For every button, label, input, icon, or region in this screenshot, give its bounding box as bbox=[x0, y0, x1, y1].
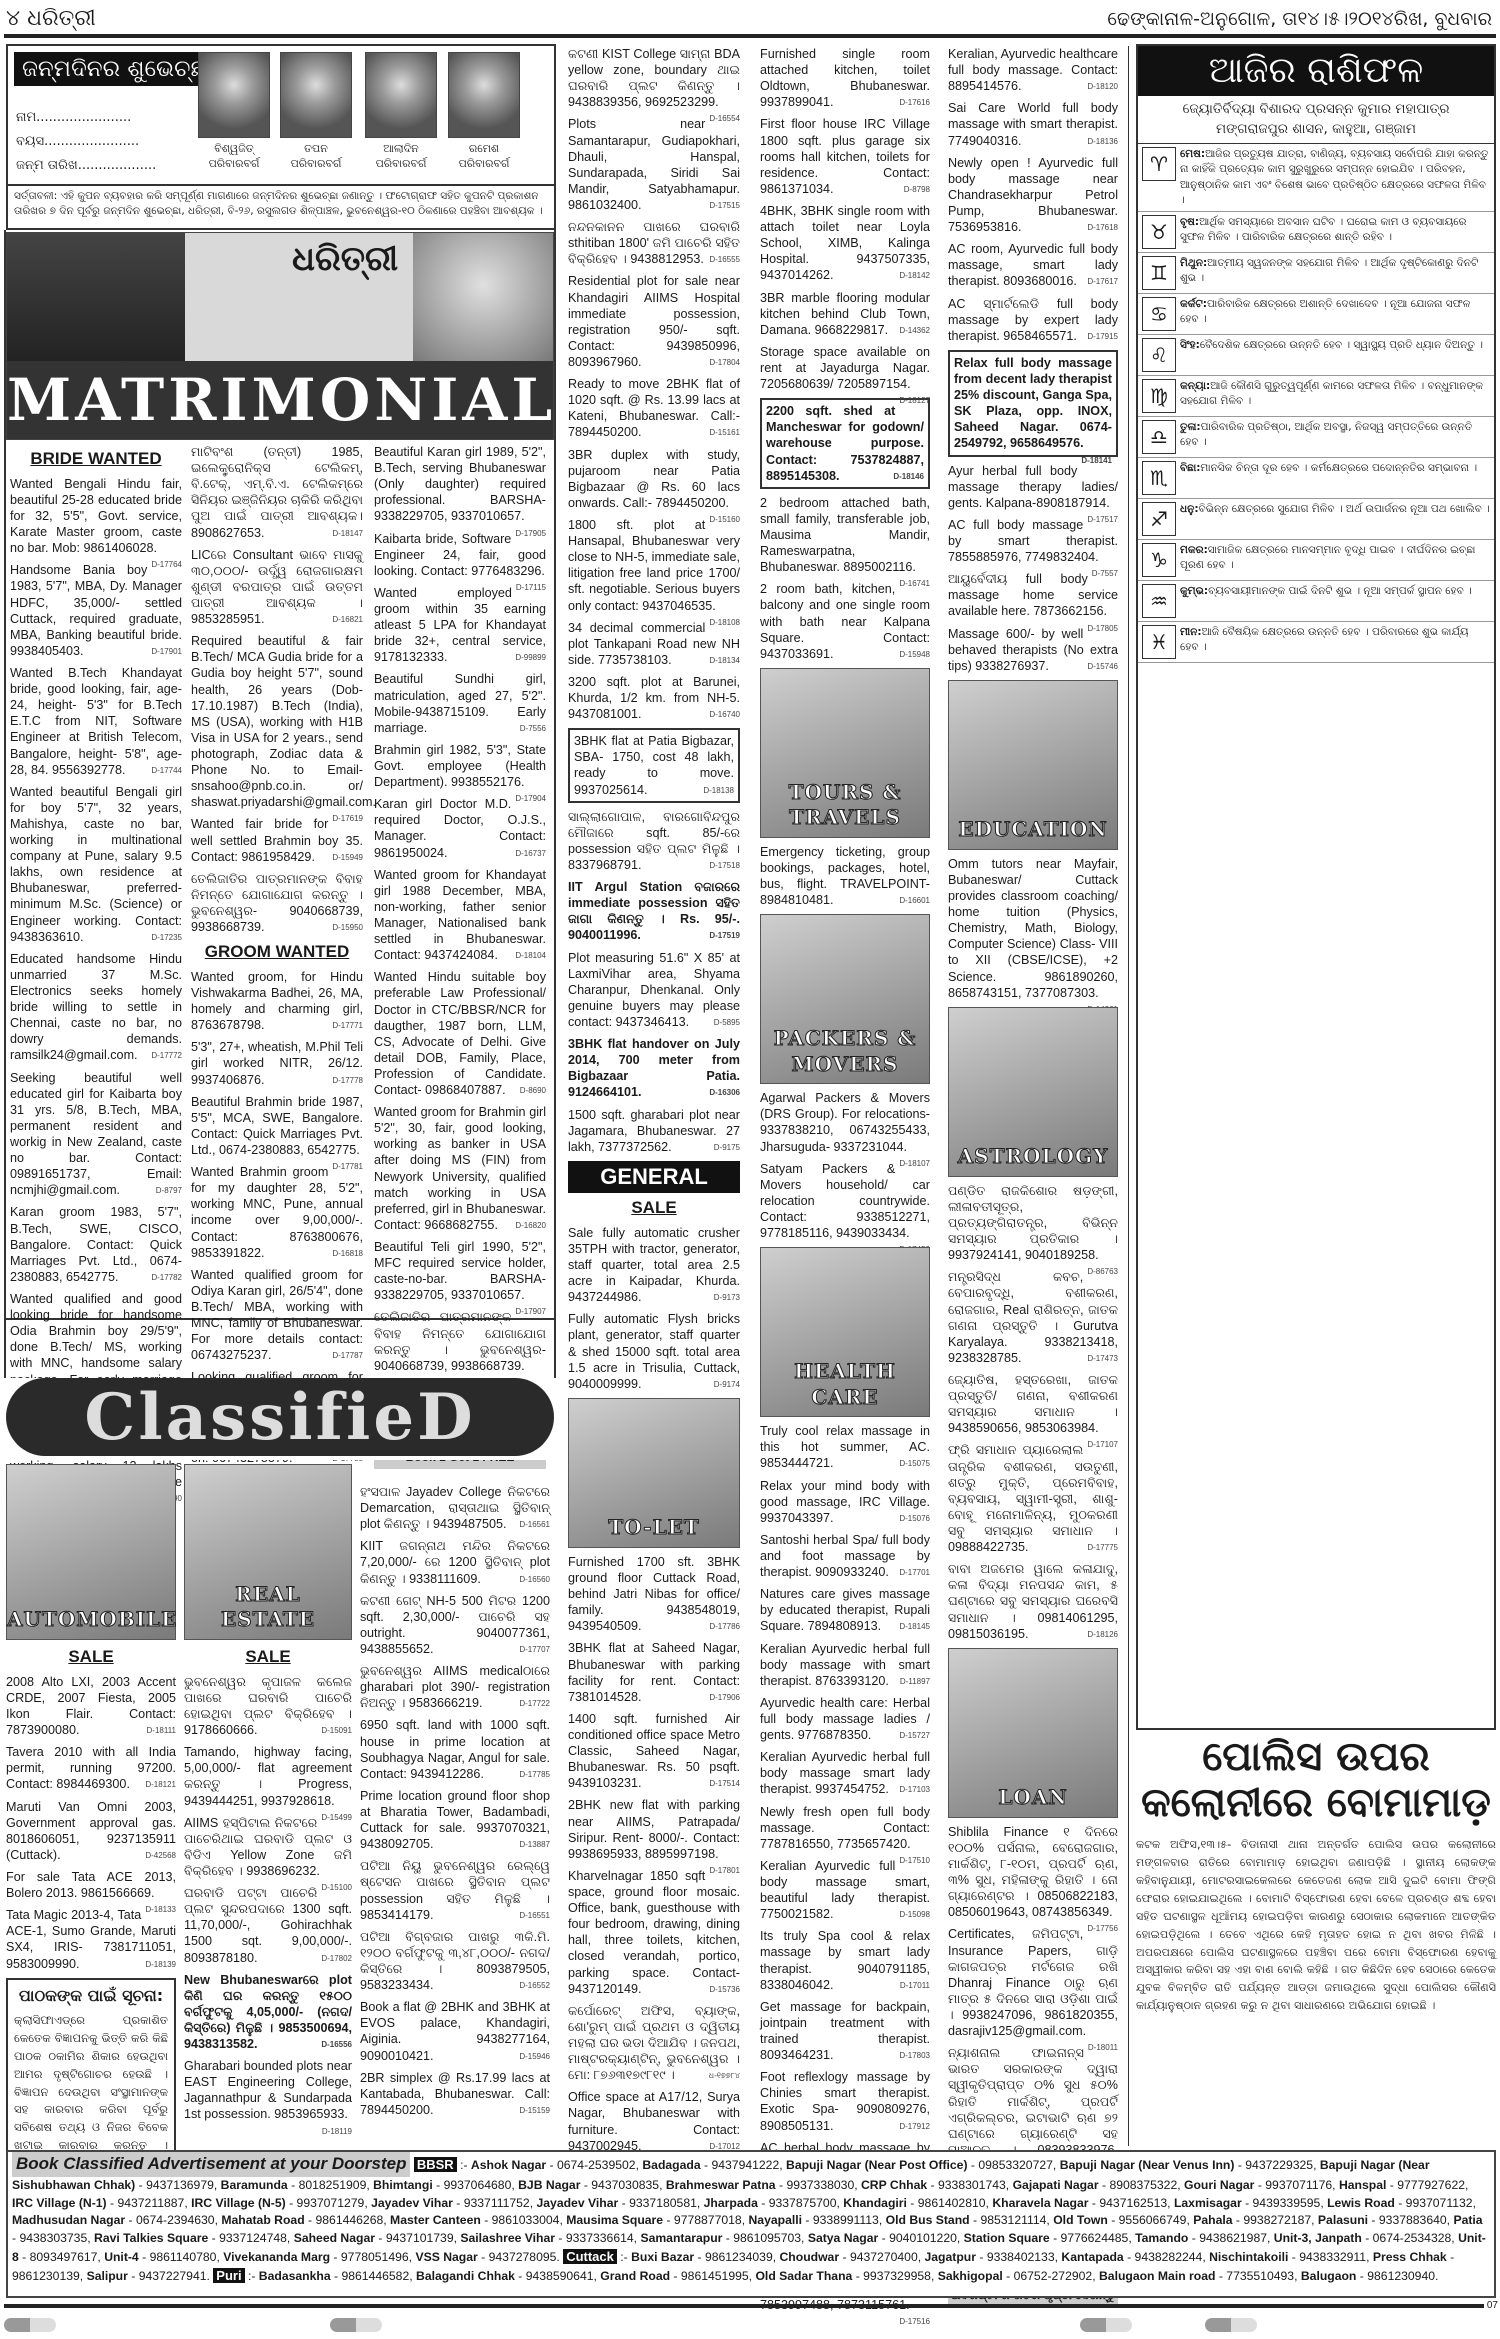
classified-ad: 6950 sqft. land with 1000 sqft. house in… bbox=[360, 1717, 550, 1781]
centre-name: Buxi Bazar bbox=[631, 2250, 694, 2264]
classified-ad: Wanted Bengali Hindu fair, beautiful 25-… bbox=[10, 476, 182, 557]
ad-code: D-7556 bbox=[520, 720, 546, 738]
centre-phone: 9556066749 bbox=[1119, 2213, 1187, 2227]
avatar bbox=[365, 52, 437, 138]
tours-caption: TOURS & TRAVELS bbox=[761, 780, 929, 831]
ad-code: D-17785 bbox=[519, 1766, 550, 1784]
ad-code: D-15159 bbox=[519, 2102, 550, 2120]
centre-phone: 8908375322 bbox=[1109, 2178, 1177, 2192]
birthday-title: ଜନ୍ମଦିନର ଶୁଭେଚ୍ଛା bbox=[14, 52, 218, 86]
ad-code: D-15091 bbox=[321, 1722, 352, 1740]
centre-name: Sakhigopal bbox=[938, 2269, 1003, 2283]
classified-ad: Fully automatic Flysh bricks plant, gene… bbox=[568, 1311, 740, 1392]
ad-code: D-15746 bbox=[1087, 658, 1118, 676]
sign-prediction: ବୈଦେଶିକ କ୍ଷେତ୍ରରେ ଉନ୍ନତି ହେବ । ସ୍ୱାସ୍ଥ୍ୟ… bbox=[1200, 339, 1483, 351]
ad-code: D-16561 bbox=[519, 1516, 550, 1534]
avatar bbox=[448, 52, 520, 138]
sign-prediction: ଆତ୍ମୀୟ ସ୍ୱଜନଙ୍କ ସହଯୋଗ ମିଳିବ । ଆର୍ଥିକ ଦୃଷ… bbox=[1180, 257, 1478, 284]
ad-text: Wanted Bengali Hindu fair, beautiful 25-… bbox=[10, 477, 182, 555]
centre-name: Unit-4 bbox=[104, 2250, 139, 2264]
classified-ad: ଭୁବନେଶ୍ୱର କୃପାଜଳ କଲେଜ ପାଖରେ ଘରବାରି ପାଚେର… bbox=[184, 1674, 352, 1738]
astrology-image: ASTROLOGY bbox=[948, 1007, 1118, 1177]
horoscope-title: ଆଜିର ରାଶିଫଳ bbox=[1138, 46, 1494, 96]
sign-prediction: ଆର୍ଥିକ ସମସ୍ୟାରେ ଅବସାନ ଘଟିବ । ଘରୋଇ କାମ ଓ … bbox=[1180, 216, 1466, 243]
centre-name: Jayadev Vihar bbox=[371, 2196, 453, 2210]
sign-text: ବୃଷ:ଆର୍ଥିକ ସମସ୍ୟାରେ ଅବସାନ ଘଟିବ । ଘରୋଇ କା… bbox=[1180, 215, 1490, 249]
centre-phone: 9861230139 bbox=[12, 2269, 80, 2283]
classified-ad: ଘରବାଡି ପଟ୍ଟା ପାଚେରି ପ୍ଲଟ ସୁନ୍ଦରପଦାରେ 130… bbox=[184, 1885, 352, 1966]
ad-code: D-15499 bbox=[321, 1809, 352, 1827]
ad-code: ଧ-୧୭୭୮୪ bbox=[709, 2067, 740, 2085]
person-family: ପରିବାରବର୍ଗ bbox=[188, 157, 280, 172]
sign-name: ସିଂହ: bbox=[1180, 339, 1200, 351]
centre-phone: 9861230940 bbox=[1367, 2269, 1435, 2283]
centre-name: Jharpada bbox=[704, 2196, 758, 2210]
ad-code: D-18147 bbox=[332, 525, 363, 543]
centre-name: Salipur bbox=[87, 2269, 128, 2283]
ad-code: D-42568 bbox=[145, 1847, 176, 1865]
classified-ad: Santoshi herbal Spa/ full body and foot … bbox=[760, 1532, 930, 1580]
classified-ad: 3200 sqft. plot at Barunei, Khurda, 1/2 … bbox=[568, 674, 740, 722]
region-tag-cuttack: Cuttack bbox=[563, 2249, 617, 2264]
person-name: ତପନ bbox=[270, 142, 362, 157]
centre-phone: 9437162513 bbox=[1099, 2196, 1167, 2210]
twins-icon: ♊ bbox=[1142, 256, 1176, 290]
sign-name: ମକର: bbox=[1180, 544, 1208, 556]
centre-name: Lewis Road bbox=[1327, 2196, 1395, 2210]
classified-ad: 2BR simplex @ Rs.17.99 lacs at Kantabada… bbox=[360, 2070, 550, 2118]
centre-phone: 9437101739 bbox=[386, 2231, 454, 2245]
ad-code: D-17781 bbox=[332, 1158, 363, 1176]
classified-ad: For sale Tata ACE 2013, Bolero 2013. 986… bbox=[6, 1869, 176, 1901]
person-family: ପରିବାରବର୍ଗ bbox=[438, 157, 530, 172]
classified-ad: Wanted employed groom within 35 earning … bbox=[374, 585, 546, 666]
rent-column: Furnished single room attached kitchen, … bbox=[760, 46, 930, 2331]
classified-ad: ସାଲ୍ଲାଗୋପାଳ, ବାରଗୋବିନ୍ଦପୁର ମୌଜାରେ sqft. … bbox=[568, 809, 740, 873]
classified-ad: Ready to move 2BHK flat of 1020 sqft. @ … bbox=[568, 376, 740, 440]
bride-wanted-heading: BRIDE WANTED bbox=[10, 448, 182, 470]
scales-icon: ♎ bbox=[1142, 420, 1176, 454]
ad-text: 1800 sft. plot at Hansapal, Bhubaneswar … bbox=[568, 518, 740, 613]
classified-ad: Sale fully automatic crusher 35TPH with … bbox=[568, 1225, 740, 1306]
classified-ad: Beautiful Brahmin bride 1987, 5'5", MCA,… bbox=[191, 1094, 363, 1158]
centre-phone: 9338402133 bbox=[987, 2250, 1055, 2264]
horoscope-sign: ♌ସିଂହ:ବୈଦେଶିକ କ୍ଷେତ୍ରରେ ଉନ୍ନତି ହେବ । ସ୍ୱ… bbox=[1138, 335, 1494, 376]
classified-ad: AC ସ୍ମାର୍ଟଲେଡି full body massage by expe… bbox=[948, 296, 1118, 344]
ad-text: Wanted groom for Brahmin girl 5'2", 30, … bbox=[374, 1105, 546, 1232]
packers-image: PACKERS & MOVERS bbox=[760, 914, 930, 1084]
birthday-coupon: ଜନ୍ମଦିନର ଶୁଭେଚ୍ଛା ନାମ...................… bbox=[6, 44, 556, 230]
classified-ad: Agarwal Packers & Movers (DRS Group). Fo… bbox=[760, 1090, 930, 1154]
centre-name: Gajapati Nagar bbox=[1013, 2178, 1099, 2192]
ad-code: D-16741 bbox=[899, 575, 930, 593]
classified-ad: Newly fresh open full body massage. Cont… bbox=[760, 1804, 930, 1852]
ad-text: କଟଣୀ KIST College ସାମ୍ନା BDA yellow zone… bbox=[568, 47, 740, 109]
classified-ad: 3BR duplex with study, pujaroom near Pat… bbox=[568, 447, 740, 511]
ad-code: D-17772 bbox=[151, 1047, 182, 1065]
classified-ad: Tamando, highway facing, 5,00,000/- flat… bbox=[184, 1744, 352, 1808]
ad-code: D-99899 bbox=[515, 649, 546, 667]
sign-prediction: ବ୍ୟବସାୟୀମାନଙ୍କ ପାଇଁ ଦିନଟି ଶୁଭ । ନୂଆ ସମ୍ପ… bbox=[1208, 585, 1472, 597]
classified-ad: New Bhubaneswarରେ plot କିଣି ଘର କରନ୍ତୁ ୧୫… bbox=[184, 1972, 352, 2053]
ad-code: D-17906 bbox=[709, 1689, 740, 1707]
sign-text: ଧନୁ:ବିଭିନ୍ନ କ୍ଷେତ୍ରରେ ସୁଯୋଗ ମିଳିବ । ଅର୍ଥ… bbox=[1180, 502, 1490, 536]
sign-prediction: ଆଜି ବୈଷୟିକ କ୍ଷେତ୍ରରେ ଉନ୍ନତି ହେବ । ପରିବାର… bbox=[1180, 626, 1469, 653]
ad-code: D-18126 bbox=[1087, 1626, 1118, 1644]
massage-column: Keralian, Ayurvedic healthcare full body… bbox=[948, 46, 1118, 2307]
classified-title: ClassifieD bbox=[6, 1378, 554, 1456]
avatar bbox=[198, 52, 270, 138]
centre-phone: 9778877018 bbox=[674, 2213, 742, 2227]
ad-text: Beautiful Brahmin bride 1987, 5'5", MCA,… bbox=[191, 1095, 363, 1157]
ad-code: D-17701 bbox=[899, 1564, 930, 1582]
classified-ad: Beautiful Teli girl 1990, 5'2", MFC requ… bbox=[374, 1239, 546, 1303]
ad-code: D-18104 bbox=[515, 947, 546, 965]
ad-text: Shiblila Finance ୧ ଦିନରେ ୧୦୦% ପର୍ସନାଲ, ବ… bbox=[948, 1825, 1118, 1920]
centre-phone: 9861095703 bbox=[733, 2231, 801, 2245]
classified-ad: 1400 sqft. furnished Air conditioned off… bbox=[568, 1711, 740, 1792]
centre-phone: 0674-2534328 bbox=[1373, 2231, 1452, 2245]
sign-text: କୁମ୍ଭ:ବ୍ୟବସାୟୀମାନଙ୍କ ପାଇଁ ଦିନଟି ଶୁଭ । ନୂ… bbox=[1180, 584, 1472, 618]
ad-code: D-17912 bbox=[899, 2118, 930, 2136]
centre-phone: 9337111752 bbox=[464, 2196, 530, 2210]
ad-text: Beautiful Karan girl 1989, 5'2", B.Tech,… bbox=[374, 445, 546, 523]
ad-code: D-18111 bbox=[147, 1722, 177, 1740]
classified-ad: Wanted groom for Khandayat girl 1988 Dec… bbox=[374, 867, 546, 964]
classified-ad: 2200 sqft. shed at Mancheswar for godown… bbox=[760, 398, 930, 489]
ad-code: D-15949 bbox=[332, 849, 363, 867]
centre-name: Khandagiri bbox=[843, 2196, 907, 2210]
centre-phone: 9861140780 bbox=[150, 2250, 217, 2264]
centre-phone: 9861451995 bbox=[681, 2269, 749, 2283]
ad-text: Ayur herbal full body massage therapy la… bbox=[948, 464, 1118, 510]
centre-phone: 9337124748 bbox=[219, 2231, 287, 2245]
ad-code: D-15161 bbox=[709, 424, 740, 442]
centre-name: Old Town bbox=[1053, 2213, 1108, 2227]
ad-code: D-17905 bbox=[515, 525, 546, 543]
ad-code: D-16552 bbox=[519, 1977, 550, 1995]
ad-text: Kharvelnagar 1850 sqft space, ground flo… bbox=[568, 1869, 740, 1996]
classified-ad: ମାଟିବଂଶ (ତନ୍ତୀ) 1985, ଇଲେକ୍ଟ୍ରୋନିକ୍ସ ଟେଲ… bbox=[191, 444, 363, 541]
registration-mark bbox=[4, 2318, 56, 2332]
horoscope-panel: ଆଜିର ରାଶିଫଳ ଜ୍ୟୋତିର୍ବିଦ୍ୟା ବିଶାରଦ ପ୍ରସନ୍… bbox=[1136, 44, 1496, 1730]
ad-code: D-16555 bbox=[709, 251, 740, 269]
centre-name: Bapuji Nagar (Near Venus Inn) bbox=[1060, 2158, 1235, 2172]
bride-photo bbox=[413, 233, 553, 363]
ad-code: D-17103 bbox=[899, 1781, 930, 1799]
centre-name: CRP Chhak bbox=[861, 2178, 927, 2192]
classified-ad: IIT Argul Station ବଜାରରେ immediate posse… bbox=[568, 879, 740, 943]
ad-code: D-17801 bbox=[709, 1862, 740, 1880]
news-article: ପୋଲିସ ଉପର କଲୋନୀରେ ବୋମାମାଡ଼ କଟକ ଅଫିସ,୧୩।୫… bbox=[1136, 1734, 1496, 2134]
centre-phone: 9437227941 bbox=[139, 2269, 207, 2283]
ad-code: D-18141 bbox=[1081, 452, 1112, 470]
classified-ad: Handsome Bania boy 1983, 5'7", MBA, Dy. … bbox=[10, 562, 182, 659]
ad-code: D-17756 bbox=[1087, 1920, 1118, 1938]
matrimonial-column-2: ମାଟିବଂଶ (ତନ୍ତୀ) 1985, ଇଲେକ୍ଟ୍ରୋନିକ୍ସ ଟେଲ… bbox=[191, 444, 363, 1472]
classified-ad: Ayur herbal full body massage therapy la… bbox=[948, 463, 1118, 511]
sign-text: ସିଂହ:ବୈଦେଶିକ କ୍ଷେତ୍ରରେ ଉନ୍ନତି ହେବ । ସ୍ୱା… bbox=[1180, 338, 1483, 372]
centre-name: Satya Nagar bbox=[808, 2231, 878, 2245]
ad-text: Storage space available on rent at Jayad… bbox=[760, 345, 930, 391]
ad-text: 2BHK new flat with parking near AIIMS, P… bbox=[568, 1798, 740, 1860]
real-estate-image: REAL ESTATE bbox=[184, 1464, 352, 1640]
centre-phone: 9337883640 bbox=[1379, 2213, 1447, 2227]
real-estate-column-2: ହଂସପାଳ Jayadev College ନିକଟରେ Demarcatio… bbox=[360, 1484, 550, 2124]
classified-ad: 2 room bath, kitchen, balcony and one si… bbox=[760, 581, 930, 662]
centre-name: Jagatpur bbox=[925, 2250, 976, 2264]
registration-mark bbox=[1205, 2318, 1257, 2332]
ad-text: Gharabari bounded plots near EAST Engine… bbox=[184, 2059, 352, 2121]
name-field: ନାମ....................... bbox=[16, 110, 131, 125]
ad-text: ଜ୍ୟୋତିଷ, ହସ୍ତରେଖା, ଜାତକ ପ୍ରସ୍ତୁତି/ ଗଣନା,… bbox=[948, 1373, 1118, 1435]
ad-code: D-17904 bbox=[515, 790, 546, 808]
ad-code: D-16551 bbox=[519, 1907, 550, 1925]
ad-text: Tamando, highway facing, 5,00,000/- flat… bbox=[184, 1745, 352, 1807]
classified-ad: 3BR marble flooring modular kitchen behi… bbox=[760, 290, 930, 338]
ad-text: Wanted Hindu suitable boy preferable Law… bbox=[374, 970, 546, 1097]
centre-phone: 9937064680 bbox=[444, 2178, 512, 2192]
ad-code: D-17764 bbox=[151, 556, 182, 574]
ad-code: D-17517 bbox=[1087, 511, 1118, 529]
ad-code: D-17510 bbox=[899, 1852, 930, 1870]
headline-line-1: ପୋଲିସ ଉପର bbox=[1136, 1734, 1496, 1780]
real-estate-column: REAL ESTATE SALE ଭୁବନେଶ୍ୱର କୃପାଜଳ କଲେଜ ପ… bbox=[184, 1464, 352, 2141]
sign-prediction: ଆଜି କୌଣସି ଗୁରୁତ୍ୱପୂର୍ଣ୍ଣ କାମରେ ସଫଳତା ମିଳ… bbox=[1180, 380, 1483, 407]
centre-phone: 9438303735 bbox=[19, 2231, 87, 2245]
ad-text: 3BR duplex with study, pujaroom near Pat… bbox=[568, 448, 740, 510]
ad-text: Required beautiful & fair B.Tech/ MCA Gu… bbox=[191, 634, 376, 809]
classified-ad: Maruti Van Omni 2003, Government approva… bbox=[6, 1799, 176, 1863]
centre-name: Sailashree Vihar bbox=[460, 2231, 555, 2245]
ad-code: D-16820 bbox=[515, 1217, 546, 1235]
classified-ad: Gharabari bounded plots near EAST Engine… bbox=[184, 2058, 352, 2122]
centre-name: Bhimtangi bbox=[373, 2178, 433, 2192]
ad-code: D-16554 bbox=[709, 110, 740, 128]
ad-code: D-17518 bbox=[709, 857, 740, 875]
person-caption: ଆଲାଦିନପରିବାରବର୍ଗ bbox=[355, 142, 447, 172]
centre-name: BJB Nagar bbox=[518, 2178, 580, 2192]
ad-code: D-8690 bbox=[520, 1082, 546, 1100]
classified-ad: Satyam Packers & Movers household/ car r… bbox=[760, 1161, 930, 1242]
packers-caption: PACKERS & MOVERS bbox=[761, 1026, 929, 1077]
centre-phone: 9437030835 bbox=[591, 2178, 659, 2192]
ad-code: D-17802 bbox=[321, 1950, 352, 1968]
ad-code: D-17235 bbox=[151, 929, 182, 947]
ad-code: D-17617 bbox=[1087, 273, 1118, 291]
scorpion-icon: ♏ bbox=[1142, 461, 1176, 495]
centre-phone: 9437229325 bbox=[1245, 2158, 1313, 2172]
sign-text: ବିଛା:ମାନସିକ ଚିନ୍ତା ଦୂର ହେବ । କର୍ମକ୍ଷେତ୍ର… bbox=[1180, 461, 1477, 495]
ad-code: D-17619 bbox=[332, 810, 363, 828]
archer-icon: ♐ bbox=[1142, 502, 1176, 536]
classified-ad: Its truly Spa cool & relax massage by sm… bbox=[760, 1928, 930, 1992]
horoscope-sign: ♍କନ୍ୟା:ଆଜି କୌଣସି ଗୁରୁତ୍ୱପୂର୍ଣ୍ଣ କାମରେ ସଫ… bbox=[1138, 376, 1494, 417]
centre-name: Ravi Talkies Square bbox=[94, 2231, 208, 2245]
centre-name: Patia bbox=[1453, 2213, 1482, 2227]
ad-code: D-17782 bbox=[151, 1269, 182, 1287]
horoscope-sign: ♋କର୍କଟ:ପାରିବାରିକ କ୍ଷେତ୍ରରେ ଅଶାନ୍ତି ଦେଖାଦ… bbox=[1138, 294, 1494, 335]
classified-ad: କର୍ପୋରେଟ୍ ଅଫିସ, ବ୍ୟାଙ୍କ, ଶୋ'ରୁମ୍ ପାଇଁ ପ୍… bbox=[568, 2003, 740, 2084]
centre-phone: 9861234039 bbox=[705, 2250, 773, 2264]
person-name: ରମେଶ bbox=[438, 142, 530, 157]
centre-name: Tamando bbox=[1135, 2231, 1188, 2245]
centre-name: Palasuni bbox=[1318, 2213, 1368, 2227]
centre-name: Balugaon bbox=[1301, 2269, 1357, 2283]
person-caption: ରମେଶପରିବାରବର୍ଗ bbox=[438, 142, 530, 172]
ad-code: D-18121 bbox=[145, 1776, 176, 1794]
ad-text: Agarwal Packers & Movers (DRS Group). Fo… bbox=[760, 1091, 930, 1153]
classified-ad: ନନ୍ଦନକାନନ ପାଖରେ ଘରବାରି sthitiban 1800' ଜ… bbox=[568, 219, 740, 267]
centre-name: Station Square bbox=[964, 2231, 1050, 2245]
automobile-caption: AUTOMOBILE bbox=[7, 1607, 175, 1633]
classified-ad: Residential plot for sale near Khandagir… bbox=[568, 273, 740, 370]
ad-code: D-17786 bbox=[709, 1618, 740, 1636]
ad-text: Beautiful Teli girl 1990, 5'2", MFC requ… bbox=[374, 1240, 546, 1302]
booking-centres-footer: Book Classified Advertisement at your Do… bbox=[6, 2150, 1496, 2298]
person-name: ବିଶ୍ୱଜିତ୍ bbox=[188, 142, 280, 157]
ad-code: D-16737 bbox=[515, 845, 546, 863]
centre-phone: 9437278095 bbox=[489, 2250, 557, 2264]
horoscope-sign: ♉ବୃଷ:ଆର୍ଥିକ ସମସ୍ୟାରେ ଅବସାନ ଘଟିବ । ଘରୋଇ କ… bbox=[1138, 212, 1494, 253]
centre-phone: 9337180581 bbox=[629, 2196, 697, 2210]
ad-code: D-18011 bbox=[1088, 2039, 1118, 2057]
bride-wanted-column: BRIDE WANTED Wanted Bengali Hindu fair, … bbox=[10, 444, 182, 1512]
horoscope-sign: ♓ମୀନ:ଆଜି ବୈଷୟିକ କ୍ଷେତ୍ରରେ ଉନ୍ନତି ହେବ । ପ… bbox=[1138, 622, 1494, 663]
ad-code: D-18142 bbox=[899, 267, 930, 285]
ad-code: D-18138 bbox=[703, 782, 734, 800]
centre-phone: 9040101220 bbox=[889, 2231, 957, 2245]
matrimonial-column-3: Beautiful Karan girl 1989, 5'2", B.Tech,… bbox=[374, 444, 546, 1469]
classified-ad: Newly open ! Ayurvedic full body massage… bbox=[948, 155, 1118, 236]
ad-text: ଫ୍ରି ସମାଧାନ ପ୍ୟାରେଲାଲ ତାନ୍ତ୍ରିକ ବଶୀକରଣ, … bbox=[948, 1443, 1118, 1554]
ad-code: D-17519 bbox=[709, 927, 740, 945]
ad-code: D-18134 bbox=[709, 652, 740, 670]
classified-ad: First floor house IRC Village 1800 sqft.… bbox=[760, 116, 930, 197]
ad-code: D-17515 bbox=[709, 197, 740, 215]
automobile-image: AUTOMOBILE bbox=[6, 1464, 176, 1640]
classified-ad: Relax full body massage from decent lady… bbox=[948, 350, 1118, 457]
centre-name: Balagandi Chhak bbox=[416, 2269, 515, 2283]
ad-text: For sale Tata ACE 2013, Bolero 2013. 986… bbox=[6, 1870, 176, 1900]
classified-ad: 3BHK flat at Patia Bigbazar, SBA- 1750, … bbox=[568, 728, 740, 802]
region-tag-puri: Puri bbox=[213, 2268, 244, 2283]
classified-ad: Sai Care World full body massage with sm… bbox=[948, 100, 1118, 148]
centre-phone: 9338301743 bbox=[938, 2178, 1006, 2192]
centre-phone: 9338991113 bbox=[813, 2213, 879, 2227]
classified-ad: Wanted beautiful Bengali girl for boy 5'… bbox=[10, 784, 182, 945]
horoscope-sign: ♈ମେଷ:ଆଜିର ପ୍ରତ୍ୟୁଷ ଯାତ୍ରା, ବାଣିଜ୍ୟ, ବ୍ୟବ… bbox=[1138, 144, 1494, 212]
centre-phone: 9439339595 bbox=[1253, 2196, 1321, 2210]
matrimonial-banner: ଧରିତ୍ରୀ MATRIMONIAL bbox=[6, 232, 554, 440]
classified-ad: Keralian, Ayurvedic healthcare full body… bbox=[948, 46, 1118, 94]
classified-ad: କଟଣୀ ଗେଟ୍ NH-5 500 ମିଟର 1200 sqft. 2,30,… bbox=[360, 1593, 550, 1657]
centre-phone: 9776624485 bbox=[1061, 2231, 1129, 2245]
centre-name: IRC Village (N-1) bbox=[12, 2196, 107, 2210]
tours-image: TOURS & TRAVELS bbox=[760, 668, 930, 838]
water-bearer-icon: ♒ bbox=[1142, 584, 1176, 618]
sign-name: ତୁଳା: bbox=[1180, 421, 1201, 433]
ad-code: D-17778 bbox=[332, 1072, 363, 1090]
centre-name: Balugaon Main road bbox=[1099, 2269, 1215, 2283]
news-headline: ପୋଲିସ ଉପର କଲୋନୀରେ ବୋମାମାଡ଼ bbox=[1136, 1734, 1496, 1826]
ad-text: Relax full body massage from decent lady… bbox=[954, 356, 1112, 451]
classified-ad: KIIT ଜଗନ୍ନାଥ ମନ୍ଦିର ନିକଟରେ 7,20,000/- ରେ… bbox=[360, 1538, 550, 1586]
loan-caption: LOAN bbox=[949, 1785, 1117, 1811]
centre-name: Kantapada bbox=[1061, 2250, 1123, 2264]
ad-text: Wanted B.Tech Khandayat bride, good look… bbox=[10, 666, 182, 777]
sign-name: କନ୍ୟା: bbox=[1180, 380, 1210, 392]
wedding-photo bbox=[7, 233, 185, 363]
ad-code: D-18139 bbox=[145, 1956, 176, 1974]
headline-line-2: କଲୋନୀରେ ବୋମାମାଡ଼ bbox=[1136, 1780, 1496, 1826]
astrologer-name: ଜ୍ୟୋତିର୍ବିଦ୍ୟା ବିଶାରଦ ପ୍ରସନ୍ନ କୁମାର ମହାପ… bbox=[1140, 100, 1492, 120]
centre-phone: 9861446268 bbox=[315, 2213, 383, 2227]
sign-name: ମେଷ: bbox=[1180, 148, 1205, 160]
centre-name: Nischintakoili bbox=[1209, 2250, 1288, 2264]
centre-phone: 9337875700 bbox=[769, 2196, 837, 2210]
ad-code: D-17901 bbox=[151, 643, 182, 661]
sign-text: ମୀନ:ଆଜି ବୈଷୟିକ କ୍ଷେତ୍ରରେ ଉନ୍ନତି ହେବ । ପର… bbox=[1180, 625, 1490, 659]
centre-name: VSS Nagar bbox=[415, 2250, 477, 2264]
classified-ad: 2008 Alto LXI, 2003 Accent CRDE, 2007 Fi… bbox=[6, 1674, 176, 1738]
sign-prediction: ମାନସିକ ଚିନ୍ତା ଦୂର ହେବ । କର୍ମକ୍ଷେତ୍ରରେ ପଦ… bbox=[1200, 462, 1477, 474]
centre-name: Choudwar bbox=[780, 2250, 840, 2264]
classified-ad: Karan groom 1983, 5'7", B.Tech, SWE, CIS… bbox=[10, 1204, 182, 1285]
divider bbox=[554, 230, 556, 1378]
horoscope-signs: ♈ମେଷ:ଆଜିର ପ୍ରତ୍ୟୁଷ ଯାତ୍ରା, ବାଣିଜ୍ୟ, ବ୍ୟବ… bbox=[1138, 144, 1494, 663]
lion-icon: ♌ bbox=[1142, 338, 1176, 372]
centre-phone: 9337336614 bbox=[566, 2231, 634, 2245]
centre-name: Mahatab Road bbox=[221, 2213, 304, 2227]
ad-code: D-17011 bbox=[900, 1977, 930, 1995]
classified-ad: 5'3", 27+, wheatish, M.Phil Teli girl wo… bbox=[191, 1039, 363, 1087]
education-image: EDUCATION bbox=[948, 680, 1118, 850]
notice-title: ପାଠକଙ୍କ ପାଇଁ ସୂଚନା: bbox=[14, 1984, 168, 2009]
centre-phone: 9861033004 bbox=[492, 2213, 560, 2227]
centre-phone: 8093497617 bbox=[30, 2250, 98, 2264]
sign-name: ମୀନ: bbox=[1180, 626, 1202, 638]
centre-name: Grand Road bbox=[600, 2269, 670, 2283]
classified-ad: Wanted Brahmin groom for my daughter 28,… bbox=[191, 1164, 363, 1261]
matrimonial-title: MATRIMONIAL bbox=[7, 361, 553, 439]
ad-text: Newly fresh open full body massage. Cont… bbox=[760, 1805, 930, 1851]
ad-code: D-17618 bbox=[1087, 219, 1118, 237]
groom-wanted-heading: GROOM WANTED bbox=[191, 941, 363, 963]
registration-mark bbox=[1080, 2318, 1132, 2332]
real-estate-caption: REAL ESTATE bbox=[185, 1582, 351, 1633]
bottom-rule bbox=[4, 2304, 1484, 2308]
classified-ad: 4BHK, 3BHK single room with attach toile… bbox=[760, 203, 930, 284]
classified-ad: ପଟିଆ ବିଗ୍‌ବଜାର ପାଖରୁ ୩କି.ମି. ୧୨୦୦ ବର୍ଗଫୁ… bbox=[360, 1929, 550, 1993]
loan-image: LOAN bbox=[948, 1648, 1118, 1818]
classified-ad: Wanted Hindu suitable boy preferable Law… bbox=[374, 969, 546, 1098]
region-tag-bbsr: BBSR bbox=[414, 2157, 457, 2172]
classified-ad: ବାବା ଅଜମେର ୱାଲେ କଳାଯାଦୁ, କଳା ବିଦ୍ୟା ମନପସ… bbox=[948, 1561, 1118, 1642]
centre-phone: 9777927622 bbox=[1397, 2178, 1465, 2192]
ad-code: D-16818 bbox=[332, 1245, 363, 1263]
classified-ad: 3BHK flat at Saheed Nagar, Bhubaneswar w… bbox=[568, 1640, 740, 1704]
ad-code: D-17516 bbox=[899, 2313, 930, 2331]
general-bar: GENERAL bbox=[568, 1161, 740, 1193]
centre-name: Saheed Nagar bbox=[294, 2231, 375, 2245]
ad-code: D-9175 bbox=[714, 1139, 740, 1157]
automobile-column: AUTOMOBILE SALE 2008 Alto LXI, 2003 Acce… bbox=[6, 1464, 176, 2197]
centre-name: Old Sadar Thana bbox=[755, 2269, 852, 2283]
ad-code: D-17804 bbox=[709, 354, 740, 372]
ad-code: D-86763 bbox=[1087, 1263, 1118, 1281]
classified-ad: LICରେ Consultant ଭାବେ ମାସକୁ ୩୦,୦୦୦/- ଉର୍… bbox=[191, 547, 363, 628]
